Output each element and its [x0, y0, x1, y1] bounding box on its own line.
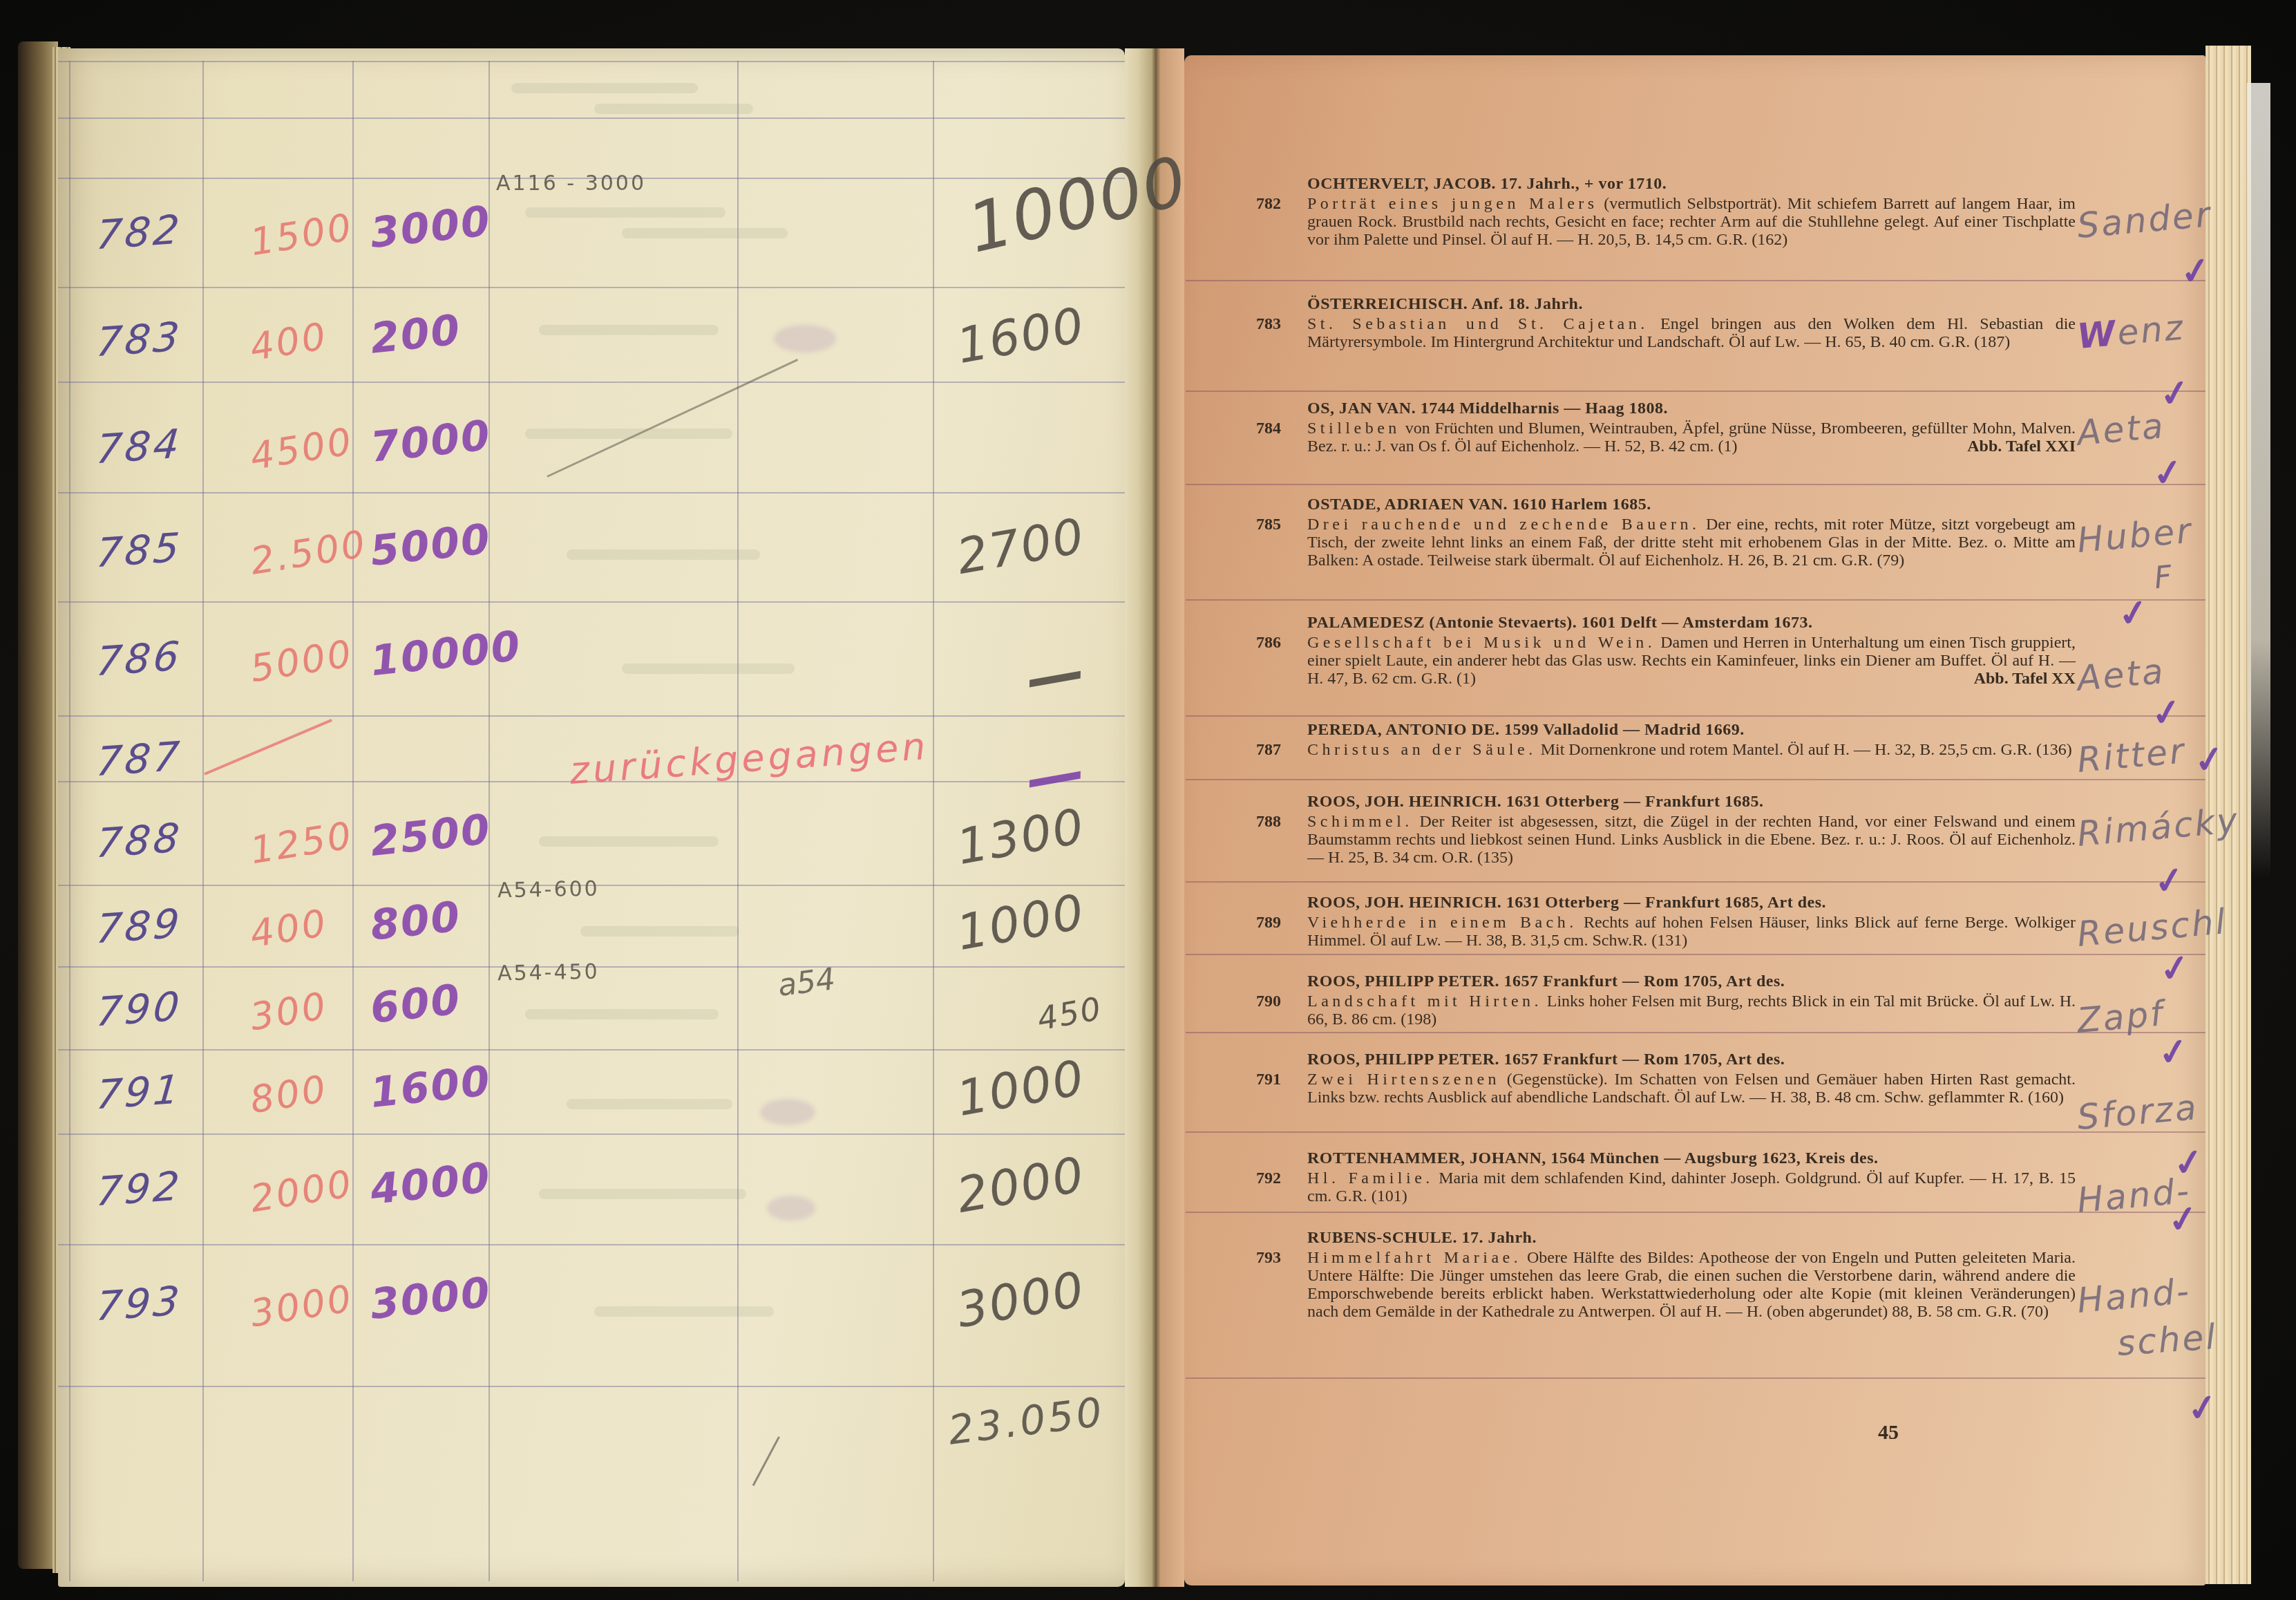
catalog-entry: 783 ÖSTERREICHISCH. Anf. 18. Jahrh. St. …: [1307, 295, 2076, 351]
lot-number: 791: [94, 1066, 184, 1118]
catalog-entry: 782 OCHTERVELT, JACOB. 17. Jahrh., + vor…: [1307, 175, 2076, 249]
limit-price: 800: [247, 1067, 331, 1122]
checkmark-icon: ✓: [2157, 946, 2193, 991]
entry-title: Schimmel.: [1307, 813, 1413, 831]
estimate-price: 10000: [368, 622, 524, 686]
entry-separator: [1186, 484, 2205, 485]
artist-line: OSTADE, ADRIAEN VAN. 1610 Harlem 1685.: [1307, 496, 2076, 514]
entry-number: 783: [1256, 315, 1281, 333]
entry-title: Zwei Hirtenszenen: [1307, 1071, 1500, 1089]
entry-separator: [1186, 715, 2205, 717]
entry-number: 789: [1256, 914, 1281, 932]
entry-description: Landschaft mit Hirten. Links hoher Felse…: [1307, 992, 2076, 1028]
checkmark-icon: ✓: [2150, 451, 2186, 496]
entry-number: 782: [1256, 195, 1281, 213]
limit-price: 5000: [247, 632, 356, 691]
ledger-row: 790 300 600 450 A54-450 a54: [58, 976, 1125, 1067]
entry-number: 784: [1256, 420, 1281, 437]
grid-line-horizontal: [58, 61, 1125, 62]
artist-line: ÖSTERREICHISCH. Anf. 18. Jahrh.: [1307, 295, 2076, 313]
book-gutter: [1125, 48, 1184, 1587]
limit-price: 1250: [247, 813, 356, 873]
artist-line: ROTTENHAMMER, JOHANN, 1564 München — Aug…: [1307, 1149, 2076, 1167]
estimate-price: 200: [368, 305, 464, 363]
estimate-price: 800: [368, 892, 464, 950]
entry-separator: [1186, 779, 2205, 780]
entry-description: Hl. Familie. Maria mit dem schlafenden K…: [1307, 1169, 2076, 1205]
limit-price: 2000: [247, 1162, 356, 1221]
artist-line: ROOS, JOH. HEINRICH. 1631 Otterberg — Fr…: [1307, 793, 2076, 811]
lot-number: 785: [94, 524, 184, 576]
pencil-note: A54-450: [497, 960, 600, 986]
estimate-price: 1600: [368, 1057, 493, 1118]
lot-number: 784: [94, 420, 184, 473]
pencil-header-note: A116 - 3000: [496, 171, 646, 196]
entry-description: Drei rauchende und zechende Bauern. Der …: [1307, 516, 2076, 570]
margin-letter-mark: F: [2152, 559, 2174, 596]
limit-price: 3000: [247, 1277, 356, 1336]
checkmark-icon: ✓: [2178, 249, 2214, 294]
entry-description: St. Sebastian und St. Cajetan. Engel bri…: [1307, 315, 2076, 351]
lot-number: 787: [94, 733, 184, 785]
entry-separator: [1186, 1212, 2205, 1213]
ledger-row: 784 4500 7000: [58, 413, 1125, 505]
entry-separator: [1186, 390, 2205, 392]
checkmark-icon: ✓: [2149, 690, 2185, 735]
entry-separator: [1186, 1032, 2205, 1033]
lot-number: 788: [94, 814, 184, 867]
lot-number: 789: [94, 900, 184, 952]
book-scan: A116 - 3000 23.050 782 1500 3000 10000 7…: [0, 0, 2296, 1600]
entry-description: Schimmel. Der Reiter ist abgesessen, sit…: [1307, 813, 2076, 867]
entry-title: Christus an der Säule.: [1307, 741, 1537, 759]
entry-separator: [1186, 1131, 2205, 1133]
limit-price: 400: [247, 314, 331, 370]
entry-number: 788: [1256, 813, 1281, 831]
page-number: 45: [1878, 1421, 1899, 1444]
catalog-entry: 791 ROOS, PHILIPP PETER. 1657 Frankfurt …: [1307, 1051, 2076, 1107]
ledger-row: 785 2.500 5000 2700: [58, 517, 1125, 608]
pencil-note: A54-600: [497, 877, 600, 903]
ledger-row: 792 2000 4000 2000: [58, 1156, 1125, 1247]
estimate-price: 3000: [368, 197, 493, 258]
artist-line: PALAMEDESZ (Antonie Stevaerts). 1601 Del…: [1307, 614, 2076, 632]
entry-title: Himmelfahrt Mariae.: [1307, 1249, 1521, 1267]
ledger-row: 791 800 1600 1000: [58, 1059, 1125, 1150]
limit-price: 1500: [247, 205, 356, 265]
bleed-stripe: [511, 83, 698, 93]
estimate-price: 3000: [368, 1268, 493, 1329]
entry-title: Hl. Familie.: [1307, 1169, 1434, 1187]
catalog-entry: 792 ROTTENHAMMER, JOHANN, 1564 München —…: [1307, 1149, 2076, 1205]
checkmark-icon: ✓: [2156, 1030, 2192, 1075]
entry-description: Zwei Hirtenszenen (Gegenstücke). Im Scha…: [1307, 1071, 2076, 1107]
entry-description: Christus an der Säule. Mit Dornenkrone u…: [1307, 741, 2076, 759]
entry-number: 785: [1256, 516, 1281, 534]
checkmark-icon: ✓: [2185, 1386, 2221, 1431]
catalog-entry: 789 ROOS, JOH. HEINRICH. 1631 Otterberg …: [1307, 894, 2076, 950]
entry-separator: [1186, 280, 2205, 281]
estimate-price: 4000: [368, 1154, 493, 1214]
checkmark-icon: ✓: [2152, 858, 2188, 903]
bleed-stripe: [594, 104, 753, 114]
ledger-row: 786 5000 10000 —: [58, 625, 1125, 717]
entry-title: Viehherde in einem Bach.: [1307, 914, 1577, 932]
checkmark-icon: ✓: [2116, 591, 2152, 636]
entry-number: 786: [1256, 634, 1281, 652]
lot-number: 783: [94, 313, 184, 366]
entry-text: Der Reiter ist abgesessen, sitzt, die Zü…: [1307, 813, 2076, 867]
entry-number: 787: [1256, 741, 1281, 759]
estimate-price: 7000: [368, 411, 493, 472]
limit-price: 4500: [247, 420, 356, 479]
lot-number: 786: [94, 632, 184, 685]
entry-separator: [1186, 881, 2205, 883]
grid-line-horizontal: [58, 1386, 1125, 1387]
ledger-row: 793 3000 3000 3000: [58, 1270, 1125, 1362]
catalog-entry: 787 PEREDA, ANTONIO DE. 1599 Valladolid …: [1307, 721, 2076, 759]
entry-title: Drei rauchende und zechende Bauern.: [1307, 516, 1700, 534]
checkmark-icon: ✓: [2165, 1197, 2201, 1242]
entry-number: 793: [1256, 1249, 1281, 1267]
lot-number: 790: [94, 983, 184, 1035]
entry-title: Porträt eines jungen Malers: [1307, 195, 1598, 213]
entry-description: Porträt eines jungen Malers (vermutlich …: [1307, 195, 2076, 249]
ledger-row: 787 — zurückgegangen: [58, 726, 1125, 817]
limit-price: 300: [247, 984, 331, 1039]
ledger-row: 782 1500 3000 10000: [58, 199, 1125, 290]
artist-line: ROOS, PHILIPP PETER. 1657 Frankfurt — Ro…: [1307, 1051, 2076, 1069]
artist-line: OCHTERVELT, JACOB. 17. Jahrh., + vor 171…: [1307, 175, 2076, 193]
grid-line-horizontal: [58, 117, 1125, 119]
entry-number: 791: [1256, 1071, 1281, 1089]
entry-separator: [1186, 1377, 2205, 1379]
checkmark-icon: ✓: [2192, 737, 2228, 782]
entry-title: St. Sebastian und St. Cajetan.: [1307, 315, 1649, 333]
lot-number: 782: [94, 206, 184, 258]
catalog-entry: 788 ROOS, JOH. HEINRICH. 1631 Otterberg …: [1307, 793, 2076, 867]
limit-price: 2.500: [247, 522, 370, 583]
limit-price: 400: [247, 901, 331, 957]
catalog-entry: 785 OSTADE, ADRIAEN VAN. 1610 Harlem 168…: [1307, 496, 2076, 570]
estimate-price: 600: [368, 975, 464, 1033]
ledger-row: 783 400 200 1600: [58, 306, 1125, 397]
entry-text: Mit Dornenkrone und rotem Mantel. Öl auf…: [1541, 741, 2072, 759]
artist-line: ROOS, PHILIPP PETER. 1657 Frankfurt — Ro…: [1307, 972, 2076, 990]
withdrawn-remark: zurückgegangen: [568, 724, 930, 793]
catalog-entry: 786 PALAMEDESZ (Antonie Stevaerts). 1601…: [1307, 614, 2076, 688]
artist-line: RUBENS-SCHULE. 17. Jahrh.: [1307, 1229, 2076, 1247]
lot-number: 792: [94, 1163, 184, 1215]
entry-separator: [1186, 599, 2205, 601]
estimate-price: 5000: [368, 515, 493, 576]
entry-number: 790: [1256, 992, 1281, 1010]
catalog-entry: 793 RUBENS-SCHULE. 17. Jahrh. Himmelfahr…: [1307, 1229, 2076, 1321]
entry-description: Himmelfahrt Mariae. Obere Hälfte des Bil…: [1307, 1249, 2076, 1321]
entry-description: Viehherde in einem Bach. Rechts auf hohe…: [1307, 914, 2076, 950]
catalog-entry: 790 ROOS, PHILIPP PETER. 1657 Frankfurt …: [1307, 972, 2076, 1028]
catalog-entry: 784 OS, JAN VAN. 1744 Middelharnis — Haa…: [1307, 399, 2076, 455]
artist-line: ROOS, JOH. HEINRICH. 1631 Otterberg — Fr…: [1307, 894, 2076, 912]
lot-number: 793: [94, 1277, 184, 1330]
entry-number: 792: [1256, 1169, 1281, 1187]
artist-line: OS, JAN VAN. 1744 Middelharnis — Haag 18…: [1307, 399, 2076, 417]
entry-separator: [1186, 954, 2205, 955]
entry-title: Stilleben: [1307, 420, 1401, 437]
estimate-price: 2500: [368, 805, 493, 866]
mid-column-note: a54: [776, 961, 837, 1004]
artist-line: PEREDA, ANTONIO DE. 1599 Valladolid — Ma…: [1307, 721, 2076, 739]
entry-title: Gesellschaft bei Musik und Wein.: [1307, 634, 1655, 652]
entry-title: Landschaft mit Hirten.: [1307, 992, 1542, 1010]
